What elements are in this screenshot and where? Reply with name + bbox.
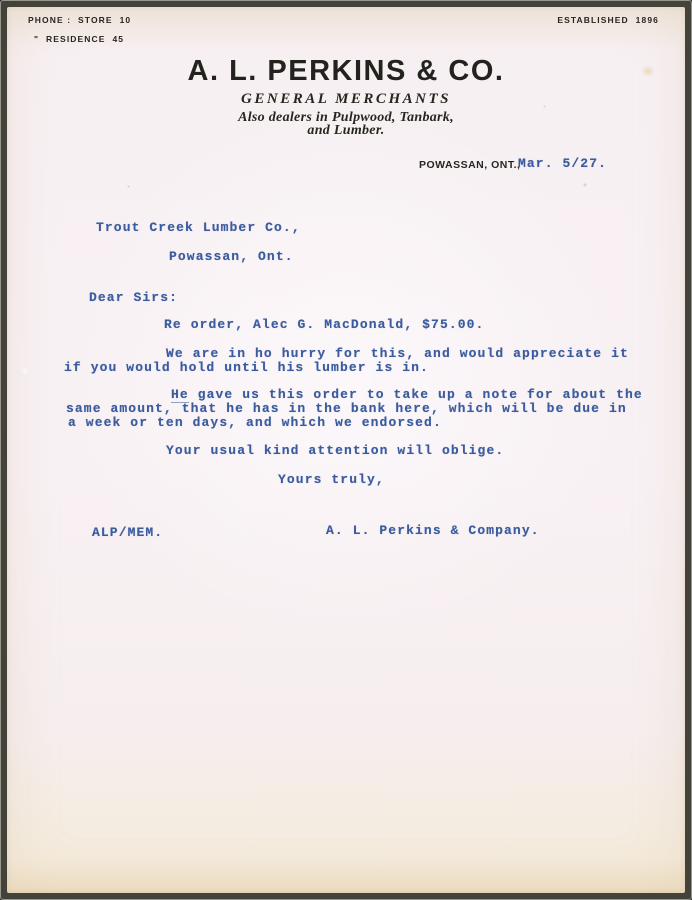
- dealers-line-2: and Lumber.: [7, 123, 685, 139]
- letterhead-phone-store: PHONE : STORE 10: [28, 15, 131, 25]
- reference-initials: ALP/MEM.: [92, 525, 163, 540]
- typed-date: Mar. 5/27.: [518, 156, 607, 171]
- re-line: Re order, Alec G. MacDonald, $75.00.: [164, 317, 484, 332]
- scanned-letter: PHONE : STORE 10 " RESIDENCE 45 ESTABLIS…: [0, 0, 692, 900]
- letter-paper: PHONE : STORE 10 " RESIDENCE 45 ESTABLIS…: [7, 7, 685, 893]
- body-paragraph1-line1: We are in ho hurry for this, and would a…: [166, 346, 629, 361]
- valediction: Yours truly,: [278, 472, 385, 487]
- recipient-name: Trout Creek Lumber Co.,: [96, 220, 301, 235]
- letterhead-established: ESTABLISHED 1896: [557, 15, 659, 25]
- paper-speck: [583, 183, 587, 187]
- body-paragraph2-line3: a week or ten days, and which we endorse…: [68, 415, 442, 430]
- body-paragraph2-line2: same amount, that he has in the bank her…: [66, 401, 627, 416]
- body-paragraph1-line2: if you would hold until his lumber is in…: [64, 360, 429, 375]
- closing-line: Your usual kind attention will oblige.: [166, 443, 504, 458]
- paper-speck: [127, 185, 130, 188]
- company-name: A. L. PERKINS & CO.: [7, 55, 685, 88]
- signature: A. L. Perkins & Company.: [326, 523, 540, 538]
- place-printed: POWASSAN, ONT.,: [419, 159, 520, 171]
- salutation: Dear Sirs:: [89, 290, 178, 305]
- body-paragraph2-line1: He gave us this order to take up a note …: [171, 387, 643, 402]
- paper-fleck: [21, 367, 29, 375]
- letterhead-phone-residence: " RESIDENCE 45: [34, 34, 124, 44]
- paragraph2-line1-rest: gave us this order to take up a note for…: [189, 387, 643, 402]
- company-tagline: GENERAL MERCHANTS: [7, 91, 685, 108]
- recipient-address: Powassan, Ont.: [169, 249, 294, 264]
